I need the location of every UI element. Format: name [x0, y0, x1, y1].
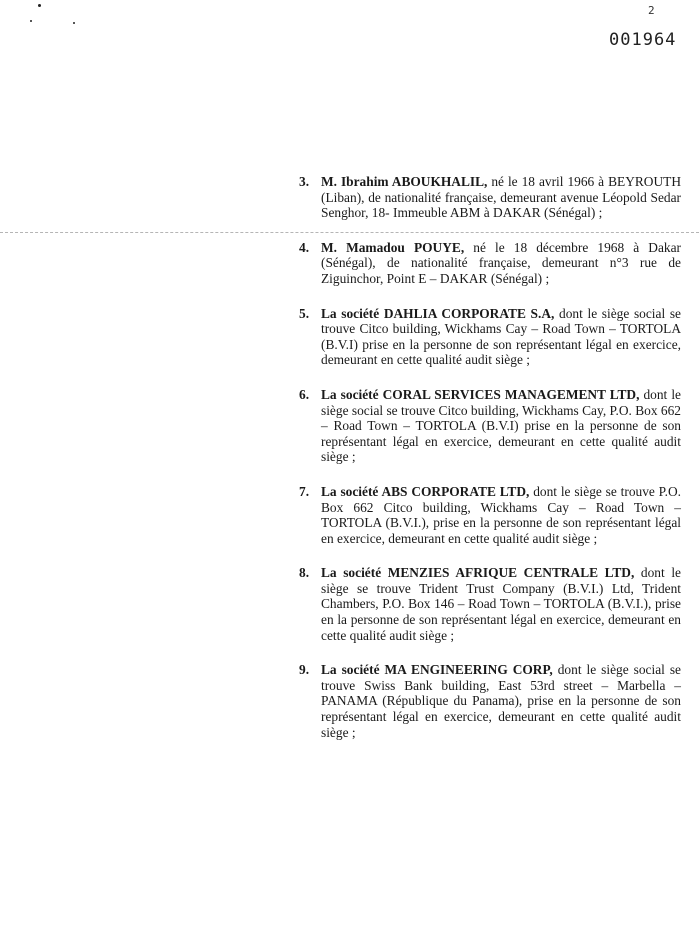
item-number: 5. — [299, 306, 309, 322]
list-item: 3. M. Ibrahim ABOUKHALIL, né le 18 avril… — [299, 174, 681, 221]
scan-speck — [30, 20, 32, 22]
party-name: La société MA ENGINEERING CORP, — [321, 662, 553, 677]
item-number: 9. — [299, 662, 309, 678]
list-item: 6. La société CORAL SERVICES MANAGEMENT … — [299, 387, 681, 465]
scan-speck — [38, 4, 41, 7]
item-number: 7. — [299, 484, 309, 500]
party-name: M. Mamadou POUYE, — [321, 240, 464, 255]
party-name: La société CORAL SERVICES MANAGEMENT LTD… — [321, 387, 639, 402]
party-name: La société ABS CORPORATE LTD, — [321, 484, 529, 499]
document-code: 001964 — [609, 30, 676, 50]
party-list: 3. M. Ibrahim ABOUKHALIL, né le 18 avril… — [299, 174, 681, 759]
list-item: 5. La société DAHLIA CORPORATE S.A, dont… — [299, 306, 681, 368]
party-name: La société MENZIES AFRIQUE CENTRALE LTD, — [321, 565, 634, 580]
party-name: La société DAHLIA CORPORATE S.A, — [321, 306, 554, 321]
list-item: 4. M. Mamadou POUYE, né le 18 décembre 1… — [299, 240, 681, 287]
list-item: 8. La société MENZIES AFRIQUE CENTRALE L… — [299, 565, 681, 643]
page-number: 2 — [648, 4, 655, 17]
item-number: 8. — [299, 565, 309, 581]
scan-speck — [73, 22, 75, 24]
item-number: 6. — [299, 387, 309, 403]
item-number: 4. — [299, 240, 309, 256]
list-item: 9. La société MA ENGINEERING CORP, dont … — [299, 662, 681, 740]
item-number: 3. — [299, 174, 309, 190]
list-item: 7. La société ABS CORPORATE LTD, dont le… — [299, 484, 681, 546]
party-name: M. Ibrahim ABOUKHALIL, — [321, 174, 487, 189]
